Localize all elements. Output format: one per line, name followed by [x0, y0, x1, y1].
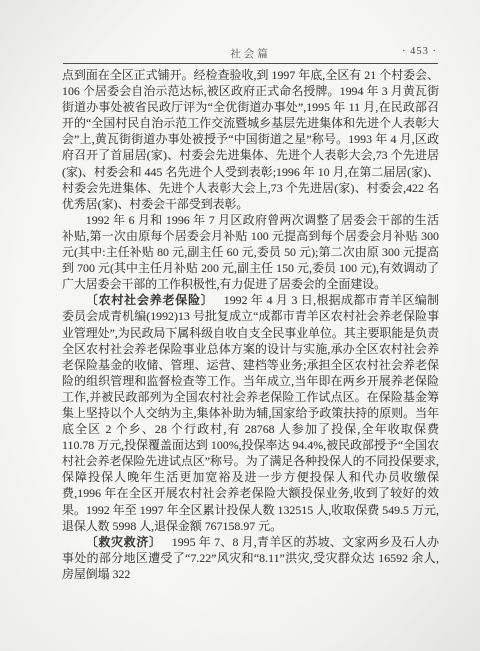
entry-heading-rural-pension-insurance: 〔农村社会养老保险〕 — [86, 293, 214, 307]
scanned-book-page: 社会篇 · 453 · 点到面在全区正式铺开。经检查验收,到 1997 年底,全… — [0, 0, 480, 651]
entry-heading-disaster-relief: 〔救灾救济〕 — [86, 535, 162, 549]
running-header: 社会篇 · 453 · — [62, 46, 439, 61]
entry-text-rural-pension-insurance: 1992 年 4 月 3 日,根据成都市青羊区编制委员会成青机编(1992)13… — [62, 293, 439, 532]
chapter-title: 社会篇 — [230, 49, 271, 60]
paragraph-subsidy-adjustment: 1992 年 6 月和 1996 年 7 月区政府曾两次调整了居委会干部的生活补… — [62, 212, 439, 292]
page-number: · 453 · — [402, 46, 437, 57]
paragraph-rural-pension: 〔农村社会养老保险〕1992 年 4 月 3 日,根据成都市青羊区编制委员会成青… — [62, 292, 439, 533]
page-body: 点到面在全区正式铺开。经检查验收,到 1997 年底,全区有 21 个村委会、1… — [62, 67, 439, 582]
header-rule — [63, 63, 438, 64]
paragraph-disaster-relief: 〔救灾救济〕1995 年 7、8 月,青羊区的苏坡、文家两乡及石人办事处的部分地… — [62, 534, 439, 582]
paragraph-village-committee: 点到面在全区正式铺开。经检查验收,到 1997 年底,全区有 21 个村委会、1… — [62, 67, 439, 212]
